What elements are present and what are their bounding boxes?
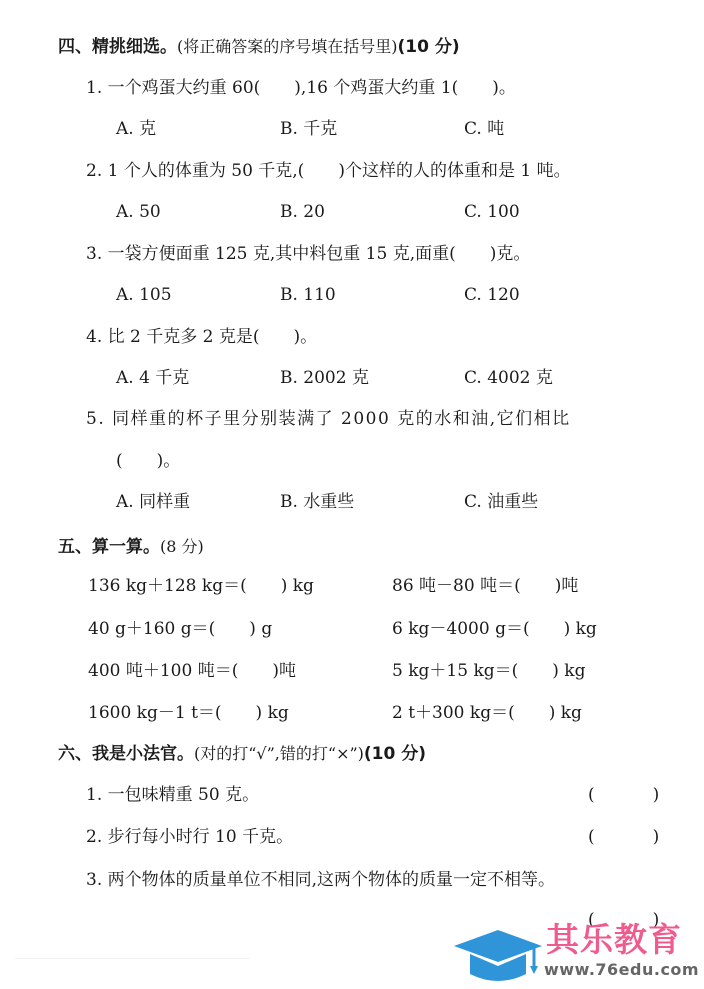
- section-4-points: (10 分): [398, 37, 460, 57]
- option-c: C. 100: [464, 201, 520, 223]
- option-c: C. 4002 克: [464, 367, 553, 389]
- calc-item: 400 吨＋100 吨＝( )吨: [88, 660, 296, 682]
- section-4-instruction: (将正确答案的序号填在括号里): [177, 37, 398, 56]
- watermark-title: 其乐教育: [546, 922, 682, 958]
- divider: [15, 958, 250, 959]
- option-b: B. 2002 克: [280, 367, 369, 389]
- question-4-2: 2. 1 个人的体重为 50 千克,( )个这样的人的体重和是 1 吨。: [86, 160, 571, 182]
- section-6-instruction: (对的打“√”,错的打“×”): [194, 744, 364, 763]
- option-b: B. 110: [280, 284, 336, 306]
- calc-item: 5 kg＋15 kg＝( ) kg: [392, 660, 585, 682]
- answer-blank-2: ( ): [588, 826, 667, 848]
- calc-item: 2 t＋300 kg＝( ) kg: [392, 702, 582, 724]
- calc-item: 86 吨－80 吨＝( )吨: [392, 575, 578, 597]
- section-4-heading: 四、精挑细选。(将正确答案的序号填在括号里)(10 分): [58, 36, 460, 58]
- option-c: C. 吨: [464, 118, 504, 140]
- option-b: B. 千克: [280, 118, 337, 140]
- judge-statement-2: 2. 步行每小时行 10 千克。: [86, 826, 293, 848]
- calc-item: 40 g＋160 g＝( ) g: [88, 618, 272, 640]
- option-a: A. 4 千克: [116, 367, 189, 389]
- calc-item: 6 kg－4000 g＝( ) kg: [392, 618, 597, 640]
- option-c: C. 120: [464, 284, 520, 306]
- calc-item: 1600 kg－1 t＝( ) kg: [88, 702, 289, 724]
- section-6-title: 六、我是小法官。: [58, 744, 194, 764]
- watermark-logo: 其乐教育 www.76edu.com: [452, 918, 704, 984]
- question-4-3: 3. 一袋方便面重 125 克,其中料包重 15 克,面重( )克。: [86, 243, 530, 265]
- question-4-5: 5. 同样重的杯子里分别装满了 2000 克的水和油,它们相比: [86, 408, 571, 430]
- option-b: B. 20: [280, 201, 325, 223]
- section-5-heading: 五、算一算。(8 分): [58, 536, 204, 558]
- option-a: A. 同样重: [116, 491, 190, 513]
- judge-statement-1: 1. 一包味精重 50 克。: [86, 784, 259, 806]
- section-6-points: (10 分): [364, 744, 426, 764]
- judge-statement-3: 3. 两个物体的质量单位不相同,这两个物体的质量一定不相等。: [86, 869, 555, 891]
- section-5-points: (8 分): [160, 537, 204, 556]
- option-a: A. 克: [116, 118, 156, 140]
- option-a: A. 105: [116, 284, 172, 306]
- option-a: A. 50: [116, 201, 161, 223]
- option-c: C. 油重些: [464, 491, 538, 513]
- question-4-1: 1. 一个鸡蛋大约重 60( ),16 个鸡蛋大约重 1( )。: [86, 77, 516, 99]
- question-4-4: 4. 比 2 千克多 2 克是( )。: [86, 326, 317, 348]
- answer-blank-1: ( ): [588, 784, 667, 806]
- calc-item: 136 kg＋128 kg＝( ) kg: [88, 575, 314, 597]
- section-5-title: 五、算一算。: [58, 537, 160, 557]
- section-4-title: 四、精挑细选。: [58, 37, 177, 57]
- graduation-cap-icon: [452, 928, 542, 984]
- question-4-5-continuation: ( )。: [116, 450, 180, 472]
- watermark-url: www.76edu.com: [544, 960, 699, 980]
- section-6-heading: 六、我是小法官。(对的打“√”,错的打“×”)(10 分): [58, 743, 426, 765]
- option-b: B. 水重些: [280, 491, 354, 513]
